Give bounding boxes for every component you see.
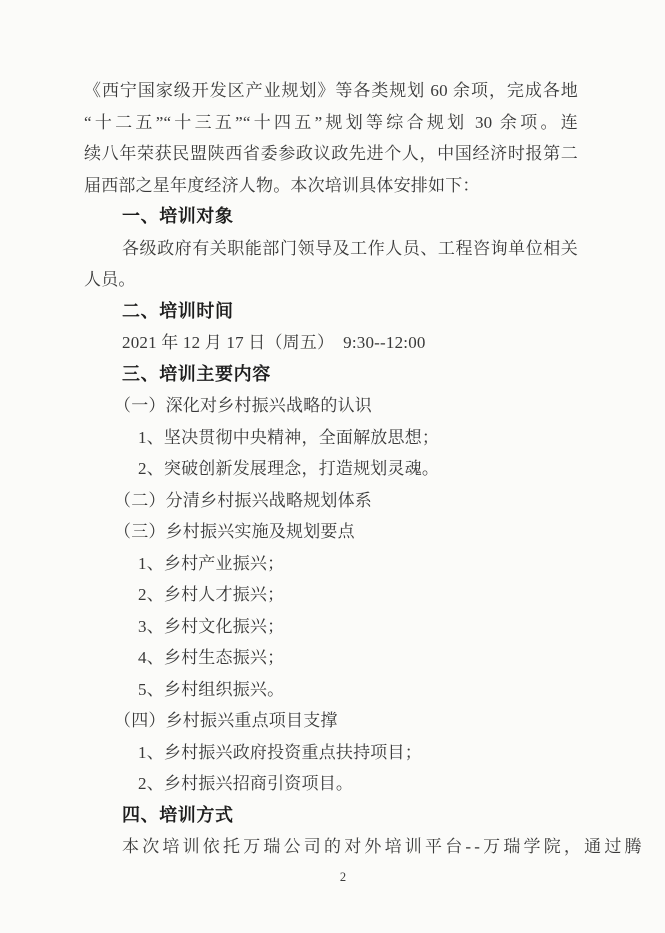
section-heading-training-method: 四、培训方式 [84,800,578,832]
para-continuation-line: 《西宁国家级开发区产业规划》等各类规划 60 余项，完成各地 [84,75,578,107]
para-training-target-line: 各级政府有关职能部门领导及工作人员、工程咨询单位相关 [84,233,578,265]
content-item: 3、乡村文化振兴； [84,611,578,643]
page-number: 2 [84,863,578,892]
text-column: 《西宁国家级开发区产业规划》等各类规划 60 余项，完成各地 “十二五”“十三五… [84,75,578,863]
training-date-line: 2021 年 12 月 17 日（周五） 9:30--12:00 [84,327,578,359]
content-item: 1、乡村产业振兴； [84,548,578,580]
para-training-method-line: 本次培训依托万瑞公司的对外培训平台--万瑞学院，通过腾 [84,831,578,863]
para-continuation-line: “十二五”“十三五”“十四五”规划等综合规划 30 余项。连 [84,107,578,139]
content-item: 4、乡村生态振兴； [84,642,578,674]
para-training-target-line: 人员。 [84,264,578,296]
content-subsection-3: （三）乡村振兴实施及规划要点 [84,516,578,548]
document-page: 《西宁国家级开发区产业规划》等各类规划 60 余项，完成各地 “十二五”“十三五… [0,0,665,933]
section-heading-training-content: 三、培训主要内容 [84,359,578,391]
content-item: 2、乡村人才振兴； [84,579,578,611]
para-continuation-line: 届西部之星年度经济人物。本次培训具体安排如下： [84,170,578,202]
content-item: 1、乡村振兴政府投资重点扶持项目； [84,737,578,769]
content-subsection-1: （一）深化对乡村振兴战略的认识 [84,390,578,422]
content-item: 5、乡村组织振兴。 [84,674,578,706]
content-subsection-4: （四）乡村振兴重点项目支撑 [84,705,578,737]
content-item: 1、坚决贯彻中央精神，全面解放思想； [84,422,578,454]
section-heading-training-target: 一、培训对象 [84,201,578,233]
para-continuation-line: 续八年荣获民盟陕西省委参政议政先进个人，中国经济时报第二 [84,138,578,170]
content-item: 2、乡村振兴招商引资项目。 [84,768,578,800]
content-item: 2、突破创新发展理念，打造规划灵魂。 [84,453,578,485]
section-heading-training-time: 二、培训时间 [84,296,578,328]
content-subsection-2: （二）分清乡村振兴战略规划体系 [84,485,578,517]
